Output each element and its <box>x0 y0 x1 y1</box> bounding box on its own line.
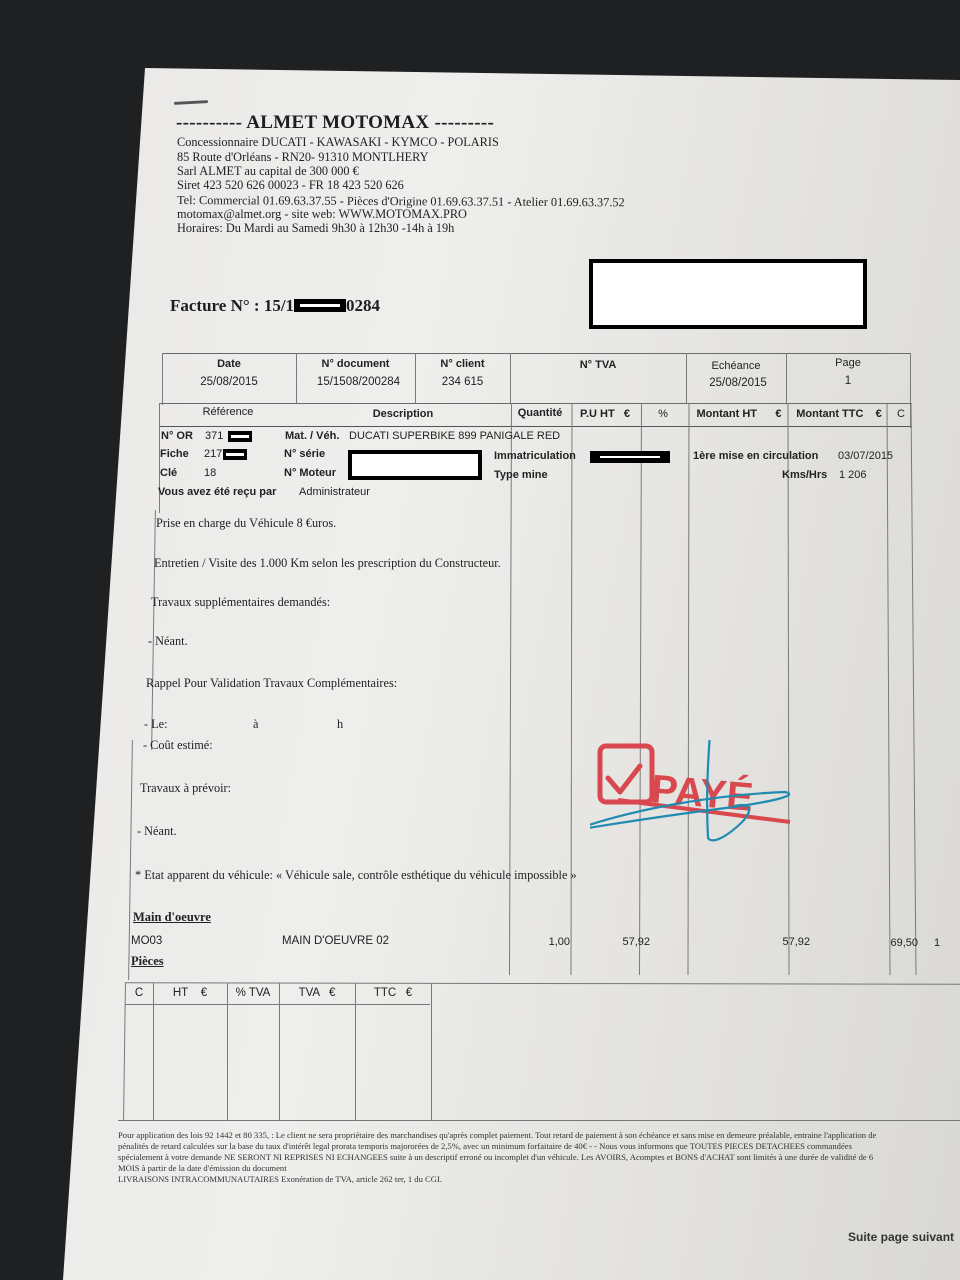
company-dealer-line: Concessionnaire DUCATI - KAWASAKI - KYMC… <box>177 135 499 150</box>
company-web: motomax@almet.org - site web: WWW.MOTOMA… <box>177 207 467 222</box>
document-number-value: 15/1508/200284 <box>296 376 421 388</box>
date-label: Date <box>162 358 296 370</box>
line-amount-ht: 57,92 <box>720 936 810 948</box>
received-by-value: Administrateur <box>299 486 370 498</box>
note-reminder-hour: h <box>337 717 343 732</box>
note-reminder-at: à <box>253 717 258 732</box>
type-mine-label: Type mine <box>494 469 548 481</box>
col-reference: Référence <box>162 406 294 418</box>
vehicle-value: DUCATI SUPERBIKE 899 PANIGALE RED <box>349 430 560 442</box>
page-value: 1 <box>786 375 910 387</box>
totals-col-vat-rate: % TVA <box>227 987 279 999</box>
note-planned-work-title: Travaux à prévoir: <box>140 781 231 796</box>
note-planned-work-none: - Néant. <box>137 824 177 839</box>
line-unit-price: 57,92 <box>580 936 650 948</box>
continued-next-page: Suite page suivant <box>848 1230 954 1244</box>
col-c: C <box>890 408 912 420</box>
paid-stamp: PAYÉ <box>590 740 820 850</box>
redacted-serial-engine <box>348 450 482 480</box>
line-description: MAIN D'OEUVRE 02 <box>282 935 389 947</box>
date-value: 25/08/2015 <box>162 376 296 388</box>
note-vehicle-handling: Prise en charge du Véhicule 8 €uros. <box>156 516 336 531</box>
redacted-fiche <box>223 449 247 460</box>
redacted-or <box>228 431 252 442</box>
mileage-value: 1 206 <box>839 469 867 481</box>
legal-line-2: pénalités de retard calculées sur la bas… <box>118 1141 852 1151</box>
invoice-number-prefix: Facture N° : 15/1 <box>170 296 294 315</box>
totals-col-ht: HT € <box>153 987 227 999</box>
note-vehicle-condition: * Etat apparent du véhicule: « Véhicule … <box>135 868 577 883</box>
company-siret: Siret 423 520 626 00023 - FR 18 423 520 … <box>177 178 404 193</box>
serial-label: N° série <box>284 448 325 460</box>
invoice-paper <box>0 0 960 1280</box>
section-labour: Main d'oeuvre <box>133 910 211 925</box>
col-unit-price: P.U HT € <box>571 408 639 420</box>
document-number-label: N° document <box>296 358 415 370</box>
legal-line-1: Pour application des lois 92 1442 et 80 … <box>118 1130 876 1140</box>
engine-label: N° Moteur <box>284 467 336 479</box>
or-label: N° OR <box>161 430 193 442</box>
note-reminder-title: Rappel Pour Validation Travaux Complémen… <box>146 676 397 691</box>
first-registration-label: 1ère mise en circulation <box>693 450 818 462</box>
fiche-label: Fiche <box>160 448 189 460</box>
page-label: Page <box>786 357 910 369</box>
vat-number-label: N° TVA <box>510 359 686 371</box>
due-date-label: Echéance <box>686 360 786 372</box>
first-registration-value: 03/07/2015 <box>838 450 893 462</box>
totals-col-vat: TVA € <box>279 987 355 999</box>
invoice-number-suffix: 0284 <box>346 296 380 315</box>
line-amount-ttc: 69,50 <box>820 937 918 949</box>
key-value: 18 <box>204 467 216 479</box>
note-reminder-date: - Le: <box>144 717 168 732</box>
key-label: Clé <box>160 467 177 479</box>
section-parts: Pièces <box>131 954 164 969</box>
note-extra-work-title: Travaux supplémentaires demandés: <box>151 595 330 610</box>
fiche-value: 217 <box>204 448 222 460</box>
vehicle-label: Mat. / Véh. <box>285 430 339 442</box>
registration-label: Immatriculation <box>494 450 576 462</box>
legal-line-4: MOIS à partir de la date d'émission du d… <box>118 1163 287 1173</box>
col-percent: % <box>640 408 686 420</box>
company-capital: Sarl ALMET au capital de 300 000 € <box>177 164 359 179</box>
invoice-number: Facture N° : 15/10284 <box>170 296 380 316</box>
totals-col-ttc: TTC € <box>355 987 431 999</box>
due-date-value: 25/08/2015 <box>686 377 790 389</box>
totals-col-c: C <box>124 987 154 999</box>
received-by-label: Vous avez été reçu par <box>158 486 276 498</box>
col-amount-ttc: Montant TTC € <box>790 408 888 420</box>
line-ref: MO03 <box>131 935 162 947</box>
redacted-registration <box>590 451 670 463</box>
note-estimated-cost: - Coût estimé: <box>143 738 213 753</box>
col-amount-ht: Montant HT € <box>690 408 788 420</box>
legal-line-5: LIVRAISONS INTRACOMMUNAUTAIRES Exonérati… <box>118 1174 442 1184</box>
legal-line-3: spécialement à votre demande NE SERONT N… <box>118 1152 873 1162</box>
note-extra-work-none: - Néant. <box>148 634 188 649</box>
note-service: Entretien / Visite des 1.000 Km selon le… <box>154 556 501 571</box>
checkbox-check-icon <box>600 746 652 802</box>
company-name: ---------- ALMET MOTOMAX --------- <box>176 112 494 134</box>
redacted-address-box <box>589 259 867 329</box>
company-hours: Horaires: Du Mardi au Samedi 9h30 à 12h3… <box>177 221 454 236</box>
client-number-label: N° client <box>415 358 510 370</box>
line-quantity: 1,00 <box>510 936 570 948</box>
client-number-value: 234 615 <box>415 376 510 388</box>
line-c: 1 <box>934 937 940 949</box>
col-quantity: Quantité <box>510 407 570 419</box>
redacted-invoice-part <box>294 299 346 312</box>
or-value: 371 <box>205 430 223 442</box>
company-address: 85 Route d'Orléans - RN20- 91310 MONTLHE… <box>177 150 429 165</box>
col-description: Description <box>296 408 510 420</box>
mileage-label: Kms/Hrs <box>782 469 827 481</box>
